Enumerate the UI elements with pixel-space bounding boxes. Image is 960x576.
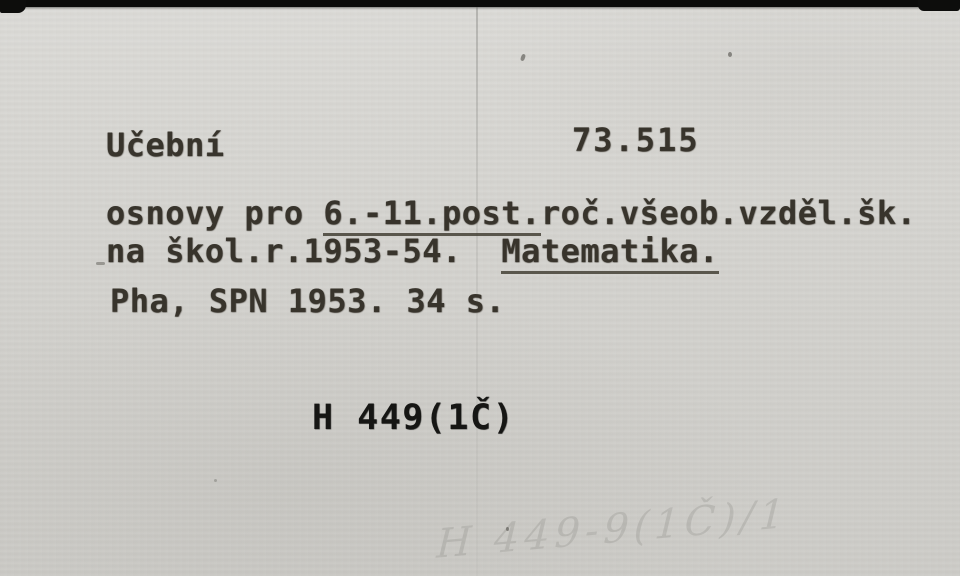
subject-underlined: Matematika. [501,232,718,274]
title-line-1-post: roč.všeob.vzděl.šk. [541,194,917,232]
scan-edge-top [0,0,960,7]
title-line-2-pre: na škol.r.1953-54. [106,232,501,270]
paper-speck [214,479,217,482]
catalog-card: Učební 73.515 osnovy pro 6.-11.post.roč.… [0,0,960,576]
title-line-1: osnovy pro 6.-11.post.roč.všeob.vzděl.šk… [106,197,916,229]
scan-edge-corner-left [0,0,26,13]
title-line-1-pre: osnovy pro [106,194,323,232]
title-line-1-underlined: 6.-11.post. [323,194,540,236]
paper-speck [96,262,105,265]
paper-speck [520,54,526,62]
pencil-inscription: H 449-9(1Č)/1 [435,490,796,568]
scan-edge-corner-right [918,0,960,11]
paper-speck [728,52,732,57]
title-line-2: na škol.r.1953-54. Matematika. [106,235,719,267]
imprint-line: Pha, SPN 1953. 34 s. [110,285,505,317]
card-heading: Učební [106,129,225,161]
call-number: H 449(1Č) [312,401,515,436]
classification-number: 73.515 [572,124,700,156]
